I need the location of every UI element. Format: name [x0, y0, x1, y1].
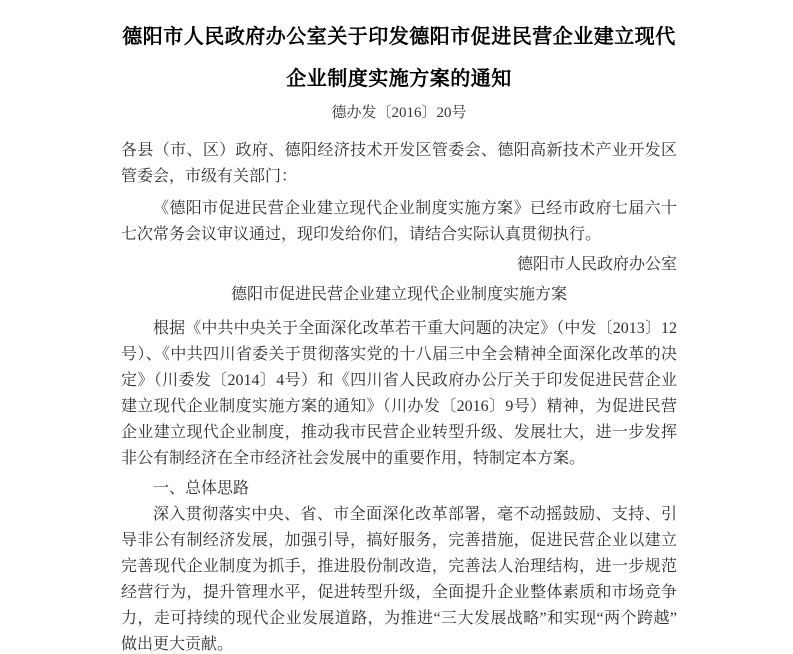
addressee-paragraph: 各县（市、区）政府、德阳经济技术开发区管委会、德阳高新技术产业开发区管委会，市级…: [121, 138, 677, 190]
section-body-paragraph: 深入贯彻落实中央、省、市全面深化改革部署，毫不动摇鼓励、支持、引导非公有制经济发…: [121, 502, 677, 654]
section-heading-overall-approach: 一、总体思路: [121, 476, 677, 502]
doc-title: 德阳市人民政府办公室关于印发德阳市促进民营企业建立现代 企业制度实施方案的通知: [121, 16, 677, 100]
doc-number: 德办发〔2016〕20号: [121, 104, 677, 122]
plan-title: 德阳市促进民营企业建立现代企业制度实施方案: [121, 282, 677, 308]
notice-body-paragraph: 《德阳市促进民营企业建立现代企业制度实施方案》已经市政府七届六十七次常务会议审议…: [121, 196, 677, 248]
issuer-signature: 德阳市人民政府办公室: [121, 252, 677, 278]
document-content: 德阳市人民政府办公室关于印发德阳市促进民营企业建立现代 企业制度实施方案的通知 …: [121, 16, 677, 654]
doc-title-line-1: 德阳市人民政府办公室关于印发德阳市促进民营企业建立现代: [121, 16, 677, 58]
plan-intro-paragraph: 根据《中共中央关于全面深化改革若干重大问题的决定》（中发〔2013〕12号）、《…: [121, 316, 677, 472]
document-page: 德阳市人民政府办公室关于印发德阳市促进民营企业建立现代 企业制度实施方案的通知 …: [0, 0, 793, 654]
doc-title-line-2: 企业制度实施方案的通知: [121, 58, 677, 100]
